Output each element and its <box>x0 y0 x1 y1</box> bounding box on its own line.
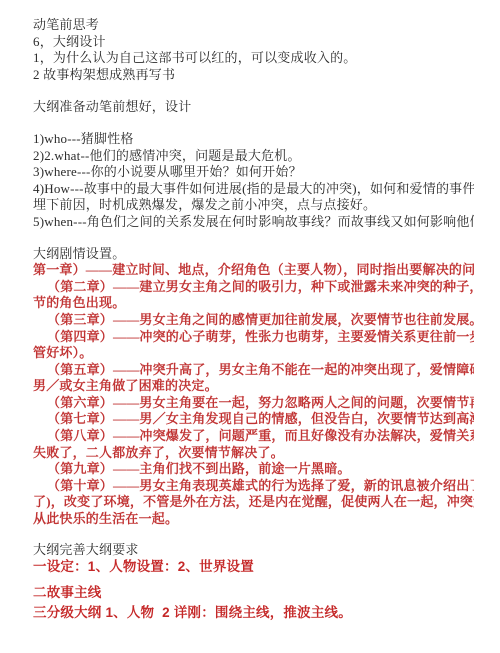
text-line: （第六章）——男女主角要在一起，努力忽略两人之间的问题，次要情节再发展 <box>33 395 474 412</box>
text-line: （第九章）——主角们找不到出路，前途一片黑暗。 <box>33 461 474 478</box>
text-line: 管好坏）。 <box>33 345 474 362</box>
document-body: 动笔前思考6，大纲设计1，为什么认为自己这部书可以红的，可以变成收入的。2 故事… <box>33 17 474 622</box>
text-line: 1，为什么认为自己这部书可以红的，可以变成收入的。 <box>33 50 474 67</box>
text-line: 从此快乐的生活在一起。 <box>33 511 474 528</box>
text-line: 第一章）——建立时间、地点，介绍角色（主要人物），同时指出要解决的问题。 <box>33 262 474 279</box>
text-line: （第三章）——男女主角之间的感情更加往前发展，次要情节也往前发展。 <box>33 312 474 329</box>
document-page: 动笔前思考6，大纲设计1，为什么认为自己这部书可以红的，可以变成收入的。2 故事… <box>0 0 500 653</box>
text-line: 大纲剧情设置。 <box>33 246 474 263</box>
text-line: （第八章）——冲突爆发了，问题严重，而且好像没有办法解决，爱情关系似乎是 <box>33 428 474 445</box>
text-line: 一设定：1、人物设置：2、世界设置 <box>33 559 474 576</box>
text-line: 大纲完善大纲要求 <box>33 542 474 559</box>
text-line: 1)who---猪脚性格 <box>33 131 474 148</box>
text-line: 节的角色出现。 <box>33 295 474 312</box>
text-line: 4)How---故事中的最大事件如何进展(指的是最大的冲突)，如何和爱情的事件融… <box>33 181 474 198</box>
text-line: 3)where---你的小说要从哪里开始？如何开始？ <box>33 164 474 181</box>
text-line: 6，大纲设计 <box>33 34 474 51</box>
text-line: 男／或女主角做了困难的决定。 <box>33 378 474 395</box>
text-line: 大纲准备动笔前想好，设计 <box>33 99 474 116</box>
text-line: 5)when---角色们之间的关系发展在何时影响故事线？而故事线又如何影响他们的… <box>33 214 474 231</box>
text-line: 三分级大纲 1、人物 2 详刚：围绕主线，推波主线。 <box>33 605 474 622</box>
text-line: 二故事主线 <box>33 585 474 602</box>
text-line: 失败了，二人都放弃了，次要情节解决了。 <box>33 445 474 462</box>
text-line: （第十章）——男女主角表现英雄式的行为选择了爱，新的讯息被介绍出了(告白 <box>33 478 474 495</box>
text-line: 2)2.what--他们的感情冲突，问题是最大危机。 <box>33 148 474 165</box>
text-line: （第五章）——冲突升高了，男女主角不能在一起的冲突出现了，爱情障碍产生， <box>33 362 474 379</box>
text-line: 埋下前因，时机成熟爆发，爆发之前小冲突，点与点接好。 <box>33 197 474 214</box>
text-line: （第四章）——冲突的心子萌芽，性张力也萌芽，主要爱情关系更往前一步，（不 <box>33 329 474 346</box>
text-line: 动笔前思考 <box>33 17 474 34</box>
text-line: （第二章）——建立男女主角之间的吸引力，种下或泄露未来冲突的种子，次要情 <box>33 279 474 296</box>
text-line: 了)，改变了环境，不管是外在方法，还是内在觉醒，促使两人在一起，冲突解决了， <box>33 494 474 511</box>
text-line: （第七章）——男／女主角发现自己的情感，但没告白，次要情节达到高潮。 <box>33 411 474 428</box>
text-line: 2 故事构架想成熟再写书 <box>33 67 474 84</box>
